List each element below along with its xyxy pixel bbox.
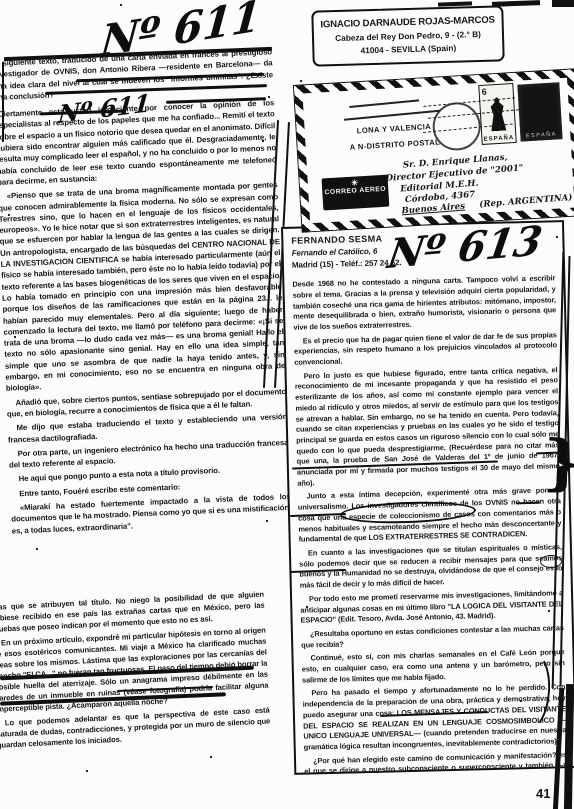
envelope-face: LONA Y VALENCIA A N-DISTRITO POSTAL 6 ES…: [302, 78, 574, 223]
sender-address-label: IGNACIO DARNAUDE ROJAS-MARCOS Cabeza del…: [311, 5, 504, 66]
stamp-country: ESPAÑA: [482, 135, 515, 143]
letter-paragraph: ¿Por qué han elegido este camino de comu…: [304, 750, 568, 775]
scan-edge-dash: [552, 0, 574, 7]
sender-city: 41004 - SEVILLA (Spain): [314, 41, 502, 56]
left-article-column: El siguiente texto, traducido de una car…: [0, 46, 292, 539]
stamp-value: 6: [481, 87, 487, 97]
postmark-dash: [344, 110, 440, 121]
scan-noise-specks: [0, 0, 2, 2]
scanned-document-page: IGNACIO DARNAUDE ROJAS-MARCOS Cabeza del…: [0, 0, 574, 809]
letter-paragraph: Desde 1968 no he contestado a ninguna ca…: [292, 273, 556, 333]
article-paragraph: “Ciertamente está usted impaciente por c…: [0, 97, 277, 188]
airmail-envelope: LONA Y VALENCIA A N-DISTRITO POSTAL 6 ES…: [294, 69, 574, 231]
article-paragraph: «Pienso que se trata de una broma magníf…: [0, 179, 286, 394]
postmark-text-line1: LONA Y VALENCIA: [357, 122, 432, 135]
postmark-text-line2: A N-DISTRITO POSTAL: [349, 137, 440, 151]
stamp2-country: ESPAÑA: [520, 131, 562, 139]
letter-paragraph: ¿Resultaba oportuno en estas condiciones…: [301, 623, 564, 651]
recipient-line: (Rep. ARGENTINA): [479, 193, 573, 210]
letter-paragraph: En cuanto a las investigaciones que se t…: [299, 542, 563, 591]
letter-paragraph: Pero lo justo es que hubiese figurado, e…: [295, 365, 561, 489]
postage-stamp-dark: ESPAÑA: [517, 82, 562, 141]
left-article-continuation: ...las que se atribuyen tal título. No n…: [0, 589, 271, 754]
handwritten-brace: }: [542, 427, 574, 498]
letter-paragraph: Por todo esto me prometí reservarme mis …: [300, 588, 564, 627]
page-number: 41: [536, 786, 550, 801]
scan-edge-bar: [564, 684, 574, 809]
correo-aereo-label: ✳ CORREO AEREO: [322, 175, 390, 211]
postmark-dash: [349, 99, 419, 108]
letter-paragraph: Es el precio que ha de pagar quien tiene…: [294, 330, 558, 369]
postage-stamp: 6 ESPAÑA: [478, 83, 516, 145]
pen-circle-annotation: [540, 555, 562, 568]
article-paragraph: En un próximo artículo, expondré mi part…: [0, 625, 269, 715]
